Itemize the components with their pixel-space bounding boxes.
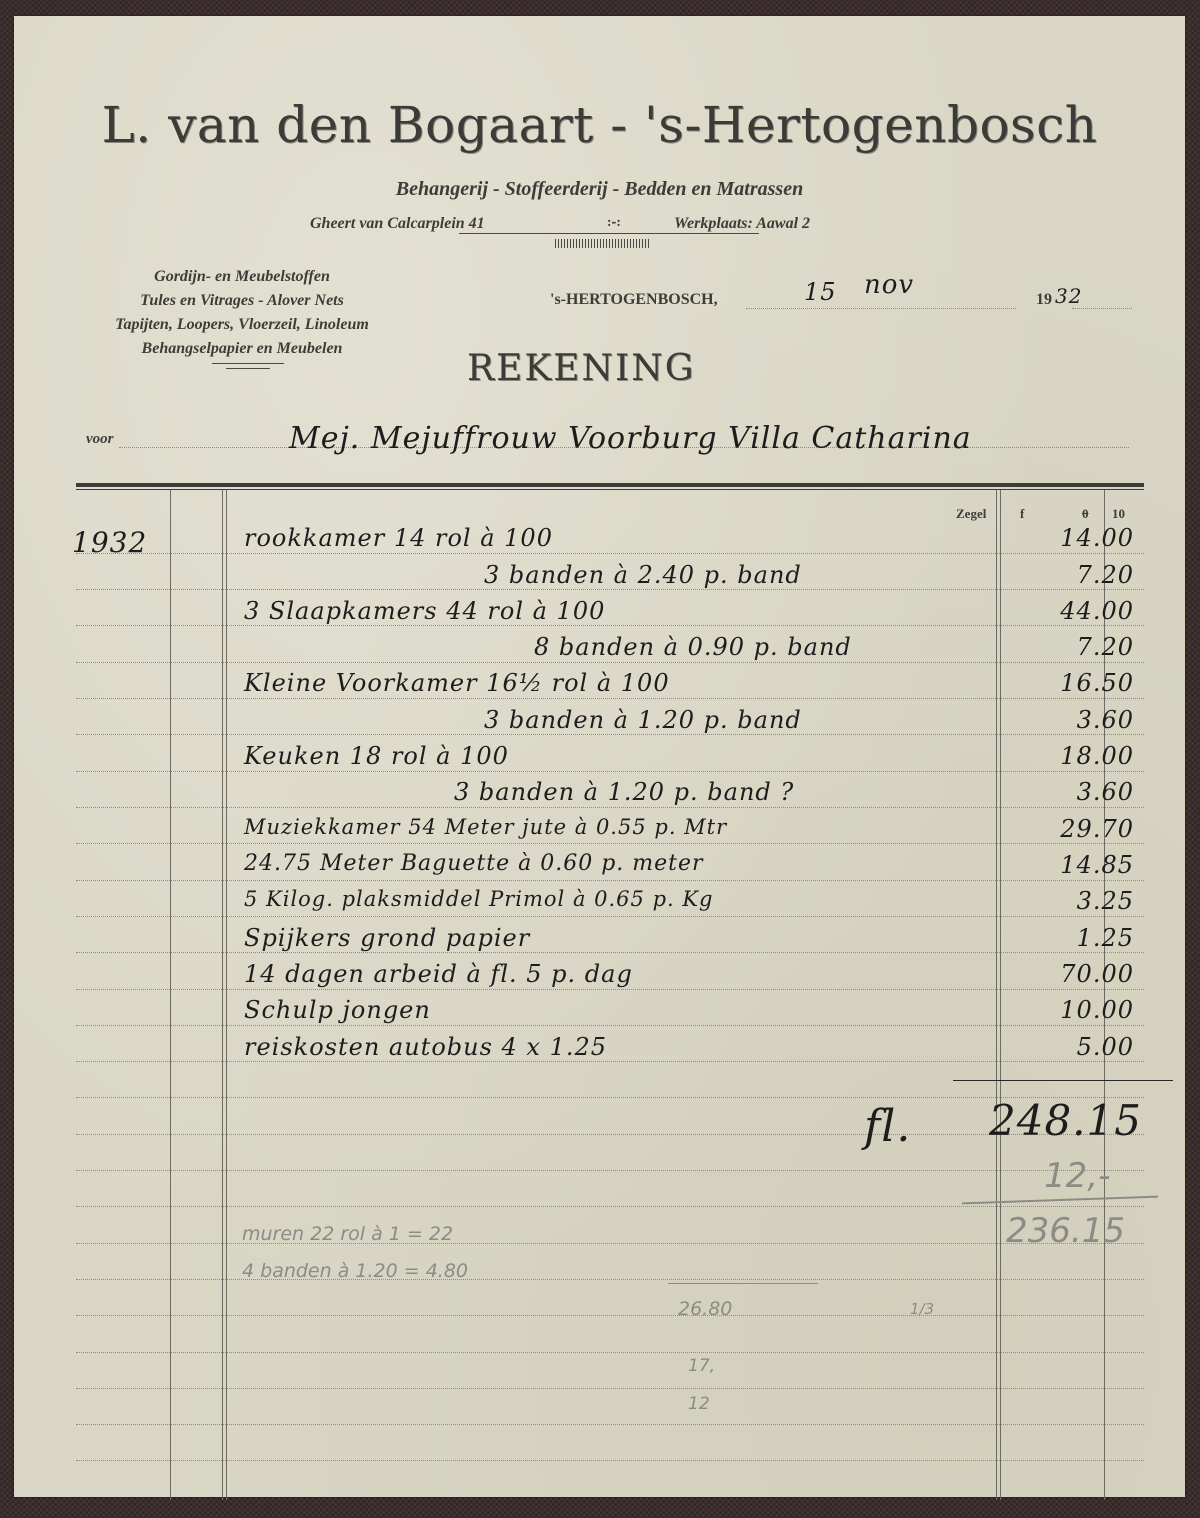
line-item-description: 14 dagen arbeid à fl. 5 p. dag: [244, 960, 633, 988]
product-line: Tapijten, Loopers, Vloerzeil, Linoleum: [62, 313, 422, 337]
recipient-value: Mej. Mejuffrouw Voorburg Villa Catharina: [289, 421, 972, 456]
total-currency-label: fl.: [864, 1101, 911, 1152]
letterhead-rule: [459, 233, 759, 234]
line-item-amount: 14.85: [1014, 851, 1134, 879]
col-header-stamp: Zegel: [956, 506, 986, 522]
row-rule: [76, 625, 1144, 626]
row-rule: [76, 1315, 1144, 1316]
row-rule: [76, 1460, 1144, 1461]
pencil-fraction: 1/3: [910, 1300, 934, 1318]
line-item-amount: 44.00: [1014, 597, 1134, 625]
table-top-rule: [76, 483, 1144, 487]
pencil-subtotal-rule: [668, 1283, 818, 1284]
col-header-currency: f: [1020, 506, 1024, 522]
row-rule: [76, 662, 1144, 663]
line-item-amount: 3.25: [1014, 887, 1134, 915]
line-item-amount: 16.50: [1014, 669, 1134, 697]
total-rule: [953, 1080, 1173, 1081]
invoice-year: 1932: [72, 526, 147, 559]
line-item-description: reiskosten autobus 4 x 1.25: [244, 1033, 607, 1061]
pencil-calc-bottom: 12: [688, 1394, 710, 1414]
document-title: REKENING: [467, 348, 696, 389]
row-rule: [76, 1025, 1144, 1026]
row-rule: [76, 916, 1144, 917]
recipient-label: voor: [86, 431, 114, 448]
row-rule: [76, 698, 1144, 699]
row-rule: [76, 880, 1144, 881]
invoice-paper: L. van den Bogaart - 's-Hertogenbosch Be…: [14, 16, 1185, 1497]
line-item-description: 8 banden à 0.90 p. band: [534, 633, 852, 661]
date-dotted-line: [746, 308, 1016, 309]
row-rule: [76, 989, 1144, 990]
line-item-description: rookkamer 14 rol à 100: [244, 524, 553, 552]
row-rule: [76, 589, 1144, 590]
table-top-rule-thin: [76, 489, 1144, 490]
col-divider-desc-b: [226, 490, 227, 1500]
row-rule: [76, 843, 1144, 844]
line-item-amount: 1.25: [1014, 924, 1134, 952]
row-rule: [76, 734, 1144, 735]
total-amount: 248.15: [989, 1096, 1142, 1145]
date-month: nov: [864, 270, 914, 300]
product-line: Behangselpapier en Meubelen: [62, 337, 422, 361]
row-rule: [76, 1388, 1144, 1389]
pencil-note-line: 4 banden à 1.20 = 4.80: [242, 1260, 468, 1282]
line-item-description: 3 Slaapkamers 44 rol à 100: [244, 597, 605, 625]
line-item-amount: 14.00: [1014, 524, 1134, 552]
company-name: L. van den Bogaart - 's-Hertogenbosch: [14, 96, 1185, 154]
col-divider-year: [170, 490, 171, 1500]
company-workshop: Werkplaats: Aawal 2: [674, 215, 810, 233]
col-divider-stamp-b: [1000, 490, 1001, 1500]
line-item-amount: 3.60: [1014, 706, 1134, 734]
products-rule: [212, 363, 284, 364]
line-item-amount: 29.70: [1014, 815, 1134, 843]
date-day: 15: [804, 278, 837, 306]
product-line: Gordijn- en Meubelstoffen: [62, 265, 422, 289]
line-item-description: 3 banden à 2.40 p. band: [484, 561, 802, 589]
line-item-description: 5 Kilog. plaksmiddel Primol à 0.65 p. Kg: [244, 887, 714, 911]
year-prefix: 19: [1036, 291, 1052, 309]
row-rule: [76, 771, 1144, 772]
line-item-amount: 10.00: [1014, 996, 1134, 1024]
row-rule: [76, 1243, 1144, 1244]
row-rule: [76, 1352, 1144, 1353]
net-rule: [962, 1196, 1158, 1205]
pencil-calc-top: 17,: [688, 1356, 715, 1376]
line-item-amount: 5.00: [1014, 1033, 1134, 1061]
line-item-amount: 7.20: [1014, 633, 1134, 661]
col-divider-stamp-a: [996, 490, 997, 1500]
product-line: Tules en Vitrages - Alover Nets: [62, 289, 422, 313]
address-separator: :-:: [607, 215, 621, 229]
row-rule: [76, 1279, 1144, 1280]
row-rule: [76, 807, 1144, 808]
pencil-subtotal: 26.80: [678, 1298, 732, 1320]
year-suffix: 32: [1055, 284, 1082, 308]
line-item-description: Keuken 18 rol à 100: [244, 742, 509, 770]
row-rule: [76, 1097, 1144, 1098]
line-item-description: 3 banden à 1.20 p. band: [484, 706, 802, 734]
net-amount: 236.15: [1006, 1211, 1125, 1251]
products-list: Gordijn- en Meubelstoffen Tules en Vitra…: [62, 265, 422, 361]
pencil-note-line: muren 22 rol à 1 = 22: [242, 1223, 453, 1245]
line-item-description: Schulp jongen: [244, 996, 431, 1024]
row-rule: [76, 1424, 1144, 1425]
line-item-description: 24.75 Meter Baguette à 0.60 p. meter: [244, 851, 704, 876]
row-rule: [76, 553, 1144, 554]
line-item-description: 3 banden à 1.20 p. band ?: [454, 778, 794, 806]
row-rule: [76, 1134, 1144, 1135]
year-dotted-line: [1072, 308, 1132, 309]
line-item-amount: 7.20: [1014, 561, 1134, 589]
line-item-amount: 3.60: [1014, 778, 1134, 806]
line-item-description: Kleine Voorkamer 16½ rol à 100: [244, 669, 670, 697]
company-address: Gheert van Calcarplein 41: [310, 215, 485, 233]
company-trades: Behangerij - Stoffeerderij - Bedden en M…: [14, 178, 1185, 201]
line-item-description: Muziekkamer 54 Meter jute à 0.55 p. Mtr: [244, 815, 727, 839]
dateline-city: 's-HERTOGENBOSCH,: [550, 291, 718, 309]
line-item-amount: 18.00: [1014, 742, 1134, 770]
row-rule: [76, 952, 1144, 953]
row-rule: [76, 1206, 1144, 1207]
line-item-description: Spijkers grond papier: [244, 924, 530, 952]
row-rule: [76, 1170, 1144, 1171]
col-header-cents-struck: 0: [1082, 506, 1089, 522]
col-header-cents: 10: [1112, 506, 1125, 522]
products-rule-short: [226, 368, 270, 369]
row-rule: [76, 1061, 1144, 1062]
col-divider-desc-a: [222, 490, 223, 1500]
deduction-amount: 12,-: [1044, 1156, 1110, 1196]
line-item-amount: 70.00: [1014, 960, 1134, 988]
ornament-bar: [555, 239, 649, 248]
